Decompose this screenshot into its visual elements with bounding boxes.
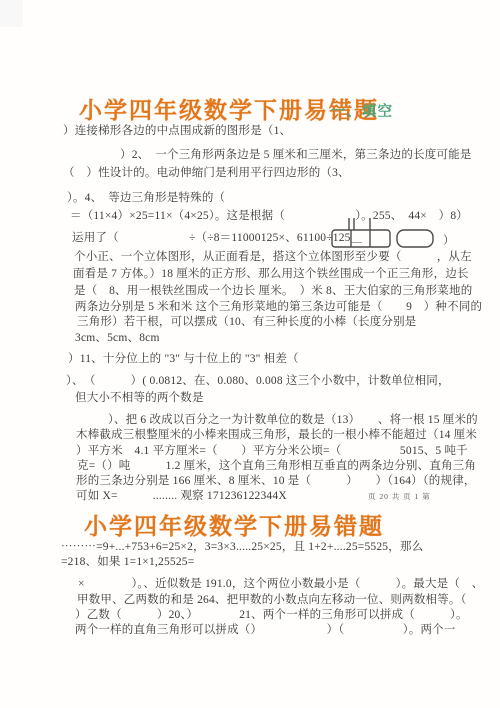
text-line: 木棒截成三根整厘米的小棒来围成三角形，最长的一根小棒不能超过（14 厘米: [76, 428, 477, 442]
text-line: ）11、十分位上的 "3" 与十位上的 "3" 相差（: [68, 352, 299, 366]
page2-title: 小学四年级数学下册易错题: [84, 508, 384, 541]
text-line: 三角形）若干根，可以摆成（10、有三种长度的小棒（长度分别是: [77, 315, 417, 329]
text-line: 甲数甲、乙两数的和是 264、把甲数的小数点向左移动一位、则两数相等。（: [77, 593, 467, 607]
text-line: ）乙数（ ）20、） 21、两个一样的三角形可以拼成（ ）。: [75, 608, 468, 622]
worksheet-page: 小学四年级数学下册易错题 一、填空 ）连接梯形各边的中点围成新的图形是（1、 ）…: [0, 0, 500, 708]
text-line: ）平方米 4.1 平方厘米=（ ）平方分米公顷=（ 5015、5 吨千: [76, 444, 468, 458]
text-line: ）、把 6 改成以百分之一为计数单位的数是（13） 、将一根 15 厘米的: [108, 413, 478, 427]
blocks-diagram: [330, 213, 442, 251]
text-line: =218、如果 1=1×1,25525=: [61, 555, 194, 569]
text-line: ）。4、 等边三角形是特殊的（: [67, 191, 225, 205]
text-line: 克=（）吨 1.2 厘米，这个直角三角形相互垂直的两条边分别、直角三角: [77, 459, 476, 473]
text-line: × ）。、近似数是 191.0，这个两位小数最小是（ ）。最大是（ 、: [78, 577, 483, 591]
section-label-fill-blanks: 一、填空: [331, 100, 393, 121]
text-line: （ ）性设计的。电动伸缩门是利用平行四边形的（3、: [63, 166, 350, 180]
text-line: 但大小不相等的两个数是: [75, 391, 204, 405]
text-line: 个小正、一个立体图形，从正面看是，搭这个立体图形至少要（ ，从左: [74, 250, 472, 264]
text-line: ⋯⋯⋯=9+...+753+6=25×2，3=3×3.....25×25，且 1…: [61, 540, 423, 554]
diagram-close-paren: ）: [443, 232, 455, 248]
text-line: ）连接梯形各边的中点围成新的图形是（1、: [63, 124, 291, 138]
text-line: 两个一样的直角三角形可以拼成（） ）（ ）。两个一: [75, 623, 456, 637]
text-line: 两条边分别是 5 米和米 这个三角形菜地的第三条边可能是（ 9 ）种不同的: [75, 300, 482, 314]
text-line: ）、 （ ）( 0.0812、在、0.080、0.008 这三个小数中，计数单位…: [66, 374, 450, 388]
page-number-marker: 页 20 共 页 1 第: [368, 491, 431, 502]
text-line: 可如 X= ........ 观察 171236122344X: [76, 489, 287, 503]
text-line: 面看是 7 方体。）18 厘米的正方形、那么用这个铁丝围成一个正三角形，边长: [73, 267, 469, 281]
text-line: 是（ 8、用一根铁丝围成一个边长 厘米。 ）米 8、王大伯家的三角形菜地的: [74, 284, 472, 298]
text-line: ）2、 一个三角形两条边是 5 厘米和三厘米，第三条边的长度可能是: [120, 148, 472, 162]
text-line: 运用了（ ÷（÷8＝11000125×、61100÷125＿: [72, 231, 362, 245]
text-line: 3cm、5cm、8cm: [75, 331, 160, 345]
corner-artifact: [0, 0, 23, 27]
text-line: 形的三条边分别是 166 厘米、8 厘米、10 是（ ） ）（164）（的规律，: [76, 474, 476, 488]
